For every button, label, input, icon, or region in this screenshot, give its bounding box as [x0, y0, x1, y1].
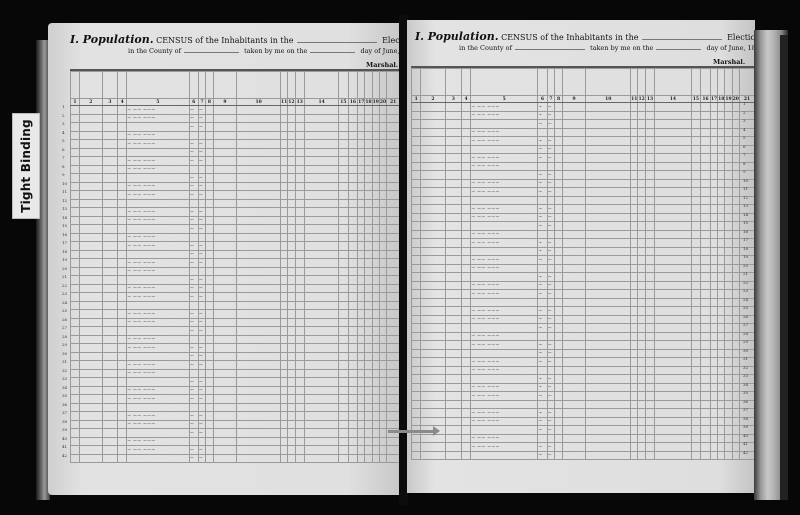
right-header-line1: I. Population. CENSUS of the Inhabitants…: [415, 30, 755, 43]
table-cell: [655, 392, 691, 401]
table-cell: [387, 106, 400, 115]
table-cell: [701, 137, 711, 146]
table-cell: [198, 437, 205, 446]
table-cell: [638, 171, 645, 180]
table-cell: [638, 324, 645, 333]
table-cell: ~: [189, 174, 198, 183]
table-cell: [288, 301, 295, 310]
table-cell: [339, 446, 349, 455]
table-row: ~ ~~ ~~~~~: [412, 281, 755, 290]
table-cell: [379, 165, 386, 174]
table-cell: [102, 242, 117, 251]
table-cell: [339, 412, 349, 421]
table-cell: [732, 179, 739, 188]
table-cell: [379, 310, 386, 319]
table-row: ~~: [412, 451, 755, 460]
table-cell: [555, 358, 563, 367]
table-cell: [445, 128, 461, 137]
table-cell: [718, 451, 725, 460]
table-cell: [725, 434, 732, 443]
table-cell: [691, 179, 701, 188]
table-cell: [555, 128, 563, 137]
row-number: 38: [62, 418, 67, 427]
table-cell: [631, 443, 638, 452]
table-cell: [732, 111, 739, 120]
table-cell: [655, 341, 691, 350]
table-cell: ~ ~~ ~~~: [127, 106, 190, 115]
table-cell: [412, 417, 421, 426]
census-grid: 123456789101112131415161718192021~ ~~ ~~…: [70, 71, 400, 463]
table-cell: [372, 259, 379, 268]
table-cell: [339, 276, 349, 285]
table-cell: [718, 103, 725, 112]
table-cell: [118, 114, 127, 123]
table-cell: [638, 451, 645, 460]
table-cell: ~: [198, 446, 205, 455]
table-cell: [701, 298, 711, 307]
table-cell: [365, 301, 372, 310]
table-cell: [631, 383, 638, 392]
table-cell: [305, 123, 339, 132]
table-cell: [701, 409, 711, 418]
table-cell: [691, 239, 701, 248]
table-cell: [71, 157, 80, 166]
table-cell: ~ ~~ ~~~: [471, 154, 538, 163]
table-cell: [295, 225, 305, 234]
table-cell: [445, 307, 461, 316]
table-cell: [655, 230, 691, 239]
table-cell: [379, 335, 386, 344]
table-cell: [710, 392, 717, 401]
table-cell: [555, 154, 563, 163]
table-row: ~~: [412, 273, 755, 282]
table-cell: [631, 392, 638, 401]
column-number: 2: [421, 96, 445, 103]
table-cell: [102, 352, 117, 361]
table-cell: [213, 216, 237, 225]
table-cell: [365, 386, 372, 395]
table-row: ~~: [412, 222, 755, 231]
table-cell: [655, 298, 691, 307]
table-cell: [631, 349, 638, 358]
table-cell: [71, 182, 80, 191]
table-cell: [412, 205, 421, 214]
table-cell: [461, 103, 470, 112]
table-cell: ~: [198, 157, 205, 166]
table-cell: [365, 233, 372, 242]
table-cell: [701, 332, 711, 341]
table-cell: [358, 361, 365, 370]
table-cell: [718, 426, 725, 435]
table-cell: [645, 375, 655, 384]
table-cell: [387, 446, 400, 455]
table-cell: ~: [189, 106, 198, 115]
table-cell: [471, 222, 538, 231]
table-cell: ~: [538, 171, 547, 180]
table-cell: [295, 386, 305, 395]
table-cell: [691, 145, 701, 154]
table-cell: [638, 392, 645, 401]
table-cell: [213, 208, 237, 217]
table-cell: [645, 128, 655, 137]
table-cell: [295, 157, 305, 166]
table-cell: [555, 103, 563, 112]
table-cell: [118, 344, 127, 353]
table-cell: [79, 420, 102, 429]
row-number: 2: [743, 109, 748, 118]
table-cell: [586, 154, 631, 163]
table-cell: [348, 250, 358, 259]
table-cell: [631, 273, 638, 282]
table-cell: [358, 233, 365, 242]
table-cell: ~: [538, 409, 547, 418]
table-cell: [372, 352, 379, 361]
table-row: ~ ~~ ~~~: [71, 233, 400, 242]
table-cell: [206, 327, 213, 336]
table-cell: [387, 318, 400, 327]
table-cell: ~ ~~ ~~~: [471, 383, 538, 392]
table-cell: [288, 242, 295, 251]
table-cell: [372, 386, 379, 395]
row-number: 3: [743, 117, 748, 126]
table-cell: ~: [538, 383, 547, 392]
table-cell: [638, 400, 645, 409]
row-number: 8: [62, 163, 67, 172]
table-cell: [412, 451, 421, 460]
table-cell: [387, 327, 400, 336]
table-cell: [358, 344, 365, 353]
table-cell: ~ ~~ ~~~: [471, 179, 538, 188]
table-cell: [372, 242, 379, 251]
table-cell: [691, 256, 701, 265]
row-number: 6: [743, 143, 748, 152]
column-number: 6: [189, 99, 198, 106]
table-cell: [127, 403, 190, 412]
table-cell: [555, 145, 563, 154]
table-cell: [213, 174, 237, 183]
row-number: 28: [62, 333, 67, 342]
table-row: ~ ~~ ~~~~~: [412, 154, 755, 163]
table-row: ~ ~~ ~~~~~: [412, 443, 755, 452]
table-cell: ~: [189, 242, 198, 251]
table-cell: [79, 140, 102, 149]
column-header-cell: [288, 72, 295, 99]
table-cell: [586, 375, 631, 384]
table-cell: [118, 446, 127, 455]
table-cell: [691, 171, 701, 180]
row-number: 35: [743, 389, 748, 398]
table-cell: ~: [189, 114, 198, 123]
table-cell: ~ ~~ ~~~: [127, 208, 190, 217]
table-cell: [461, 137, 470, 146]
table-row: ~ ~~ ~~~~~: [412, 137, 755, 146]
table-cell: [461, 417, 470, 426]
table-cell: [732, 171, 739, 180]
table-cell: [586, 400, 631, 409]
column-number: 1: [71, 99, 80, 106]
table-cell: [281, 157, 288, 166]
table-row: ~ ~~ ~~~: [71, 437, 400, 446]
table-cell: [732, 290, 739, 299]
table-cell: [118, 250, 127, 259]
table-cell: [691, 103, 701, 112]
table-cell: [461, 434, 470, 443]
table-cell: [372, 301, 379, 310]
column-number: 16: [348, 99, 358, 106]
table-cell: [638, 409, 645, 418]
table-cell: [718, 256, 725, 265]
table-cell: [586, 120, 631, 129]
table-cell: [237, 216, 281, 225]
table-cell: [412, 375, 421, 384]
table-cell: [586, 307, 631, 316]
row-number: 22: [62, 282, 67, 291]
table-cell: [710, 179, 717, 188]
table-cell: [645, 451, 655, 460]
table-cell: [339, 284, 349, 293]
table-cell: [412, 290, 421, 299]
table-cell: [718, 417, 725, 426]
table-cell: ~: [538, 290, 547, 299]
table-cell: [471, 247, 538, 256]
table-cell: ~: [198, 216, 205, 225]
table-cell: ~: [538, 426, 547, 435]
table-cell: [127, 429, 190, 438]
table-cell: [412, 145, 421, 154]
table-cell: [421, 196, 445, 205]
table-cell: [710, 111, 717, 120]
table-cell: [691, 128, 701, 137]
table-cell: [725, 273, 732, 282]
table-cell: [645, 239, 655, 248]
column-header-cell: [538, 69, 547, 96]
table-cell: [421, 137, 445, 146]
table-cell: [732, 230, 739, 239]
table-cell: [732, 324, 739, 333]
table-cell: ~: [198, 148, 205, 157]
table-cell: [718, 341, 725, 350]
table-row: ~ ~~ ~~~~~: [412, 239, 755, 248]
table-cell: [348, 369, 358, 378]
table-cell: [387, 242, 400, 251]
table-cell: [305, 174, 339, 183]
table-cell: [412, 332, 421, 341]
table-cell: [445, 417, 461, 426]
table-cell: [379, 148, 386, 157]
table-cell: [365, 369, 372, 378]
table-cell: [189, 131, 198, 140]
table-cell: [288, 106, 295, 115]
table-cell: [288, 191, 295, 200]
table-row: ~~: [71, 250, 400, 259]
table-cell: [638, 366, 645, 375]
table-cell: [295, 140, 305, 149]
table-cell: [288, 293, 295, 302]
table-cell: [372, 437, 379, 446]
row-number: 4: [62, 129, 67, 138]
table-cell: [725, 145, 732, 154]
table-cell: [725, 111, 732, 120]
table-cell: [79, 301, 102, 310]
table-cell: [710, 298, 717, 307]
table-row: ~~: [71, 378, 400, 387]
table-cell: [387, 165, 400, 174]
table-cell: [538, 298, 547, 307]
table-cell: [645, 273, 655, 282]
table-cell: [372, 165, 379, 174]
table-cell: ~: [189, 361, 198, 370]
table-cell: [645, 315, 655, 324]
table-cell: [718, 188, 725, 197]
table-cell: [71, 259, 80, 268]
table-cell: [725, 315, 732, 324]
table-cell: [732, 443, 739, 452]
table-cell: [387, 174, 400, 183]
table-cell: [555, 137, 563, 146]
table-row: ~ ~~ ~~~~~: [71, 293, 400, 302]
table-cell: [102, 437, 117, 446]
table-cell: [288, 369, 295, 378]
table-cell: [206, 174, 213, 183]
table-cell: [645, 111, 655, 120]
table-cell: [305, 131, 339, 140]
table-cell: [638, 273, 645, 282]
table-cell: [725, 443, 732, 452]
table-cell: [118, 293, 127, 302]
table-cell: [412, 392, 421, 401]
table-cell: [638, 341, 645, 350]
table-cell: [562, 358, 585, 367]
table-cell: ~ ~~ ~~~: [471, 366, 538, 375]
table-cell: [638, 137, 645, 146]
table-cell: [71, 225, 80, 234]
table-cell: [701, 375, 711, 384]
table-cell: [631, 171, 638, 180]
table-cell: [412, 409, 421, 418]
table-cell: [339, 301, 349, 310]
row-number: 27: [743, 321, 748, 330]
table-cell: [725, 383, 732, 392]
table-cell: [372, 123, 379, 132]
table-row: ~ ~~ ~~~: [71, 335, 400, 344]
table-cell: [118, 378, 127, 387]
table-cell: [379, 344, 386, 353]
table-cell: ~ ~~ ~~~: [127, 420, 190, 429]
table-cell: [365, 199, 372, 208]
table-cell: [732, 307, 739, 316]
table-cell: [237, 344, 281, 353]
table-cell: [732, 298, 739, 307]
table-cell: ~ ~~ ~~~: [127, 318, 190, 327]
table-cell: ~: [198, 182, 205, 191]
table-cell: [372, 454, 379, 463]
table-cell: [339, 123, 349, 132]
table-cell: [412, 273, 421, 282]
table-cell: [586, 256, 631, 265]
table-cell: [718, 366, 725, 375]
table-cell: [387, 395, 400, 404]
table-cell: [387, 123, 400, 132]
table-cell: [421, 315, 445, 324]
table-cell: [206, 157, 213, 166]
table-cell: [102, 191, 117, 200]
table-cell: [379, 352, 386, 361]
table-cell: [645, 443, 655, 452]
row-number: 7: [62, 154, 67, 163]
table-cell: [586, 434, 631, 443]
row-number: 39: [743, 423, 748, 432]
table-cell: [379, 157, 386, 166]
table-cell: [421, 273, 445, 282]
table-cell: [118, 182, 127, 191]
table-cell: [586, 196, 631, 205]
table-cell: [701, 188, 711, 197]
table-cell: [631, 179, 638, 188]
table-cell: ~: [547, 171, 555, 180]
table-cell: [102, 412, 117, 421]
table-cell: [379, 420, 386, 429]
table-cell: [288, 429, 295, 438]
table-cell: [421, 179, 445, 188]
table-cell: [295, 267, 305, 276]
row-number: 19: [62, 256, 67, 265]
row-number: 18: [743, 245, 748, 254]
table-cell: [102, 301, 117, 310]
column-header-cell: [206, 72, 213, 99]
column-header-cell: [739, 69, 754, 96]
table-cell: [461, 290, 470, 299]
table-cell: [725, 154, 732, 163]
table-cell: [445, 443, 461, 452]
table-cell: [305, 225, 339, 234]
table-cell: ~: [538, 307, 547, 316]
table-cell: [421, 366, 445, 375]
table-cell: [379, 140, 386, 149]
table-cell: [538, 434, 547, 443]
table-cell: ~: [538, 137, 547, 146]
table-cell: [365, 403, 372, 412]
row-number: 21: [743, 270, 748, 279]
table-cell: [365, 242, 372, 251]
table-cell: [118, 369, 127, 378]
table-cell: ~ ~~ ~~~: [471, 239, 538, 248]
table-cell: [562, 171, 585, 180]
table-cell: [339, 335, 349, 344]
table-cell: [213, 106, 237, 115]
table-cell: [732, 196, 739, 205]
table-cell: [365, 250, 372, 259]
table-cell: [102, 344, 117, 353]
table-cell: [547, 196, 555, 205]
table-cell: [102, 429, 117, 438]
table-row: ~ ~~ ~~~~~: [412, 290, 755, 299]
table-cell: [586, 213, 631, 222]
row-number: 22: [743, 279, 748, 288]
table-cell: [305, 140, 339, 149]
column-number: 3: [445, 96, 461, 103]
table-cell: [701, 230, 711, 239]
table-cell: [471, 451, 538, 460]
table-cell: [631, 366, 638, 375]
table-cell: [387, 310, 400, 319]
table-cell: [691, 349, 701, 358]
table-cell: [586, 417, 631, 426]
table-cell: [213, 225, 237, 234]
table-cell: ~: [189, 454, 198, 463]
table-cell: [732, 213, 739, 222]
row-number: 31: [743, 355, 748, 364]
table-cell: [562, 120, 585, 129]
